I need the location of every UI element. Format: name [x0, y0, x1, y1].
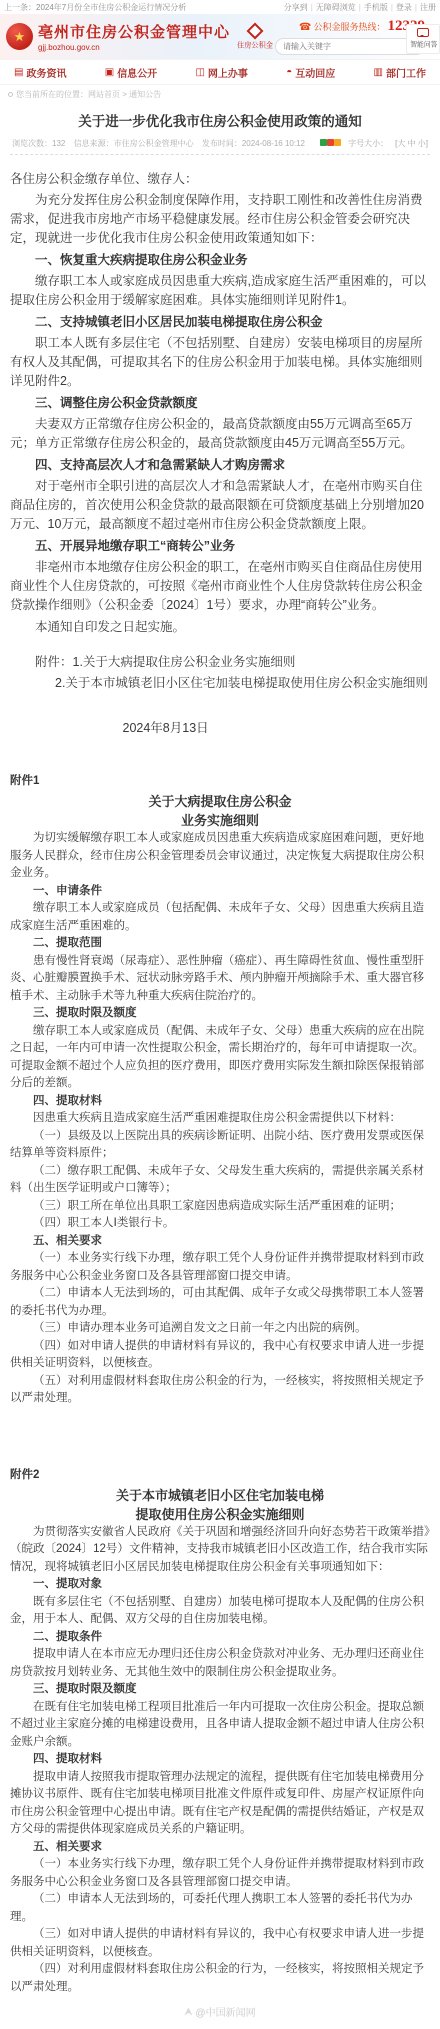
- paragraph: 一、提取对象: [10, 1576, 430, 1594]
- breadcrumb-text[interactable]: 您当前所在的位置：网站首页 > 通知公告: [16, 89, 161, 100]
- nav-item-label: 信息公开: [117, 65, 157, 80]
- header-right: ☎ 公积金服务热线： 12329: [275, 18, 425, 55]
- nav-item-label: 互动回应: [295, 65, 335, 80]
- nav-item-icon: ▤: [14, 67, 23, 78]
- paragraph: 为切实缓解缴存职工本人或家庭成员因患重大疾病造成家庭困难问题，更好地服务人民群众…: [10, 830, 430, 883]
- phone-icon: ☎: [299, 22, 311, 33]
- paragraph: 非亳州市本地缴存住房公积金的职工，在亳州市购买自住商品住房使用商业性个人住房贷款…: [10, 558, 430, 615]
- paragraph: 一、申请条件: [10, 883, 430, 901]
- topbar-link[interactable]: 手机版: [359, 3, 388, 12]
- nav-item-label: 政务资讯: [26, 65, 66, 80]
- page: 上一条：2024年7月份全市住房公积金运行情况分析 分享到无障碍浏览手机版登录注…: [0, 0, 440, 2019]
- search-input[interactable]: [283, 42, 403, 51]
- attachment-2-body: 为贯彻落实安徽省人民政府《关于巩固和增强经济回升向好态势若干政策举措》（皖政〔2…: [10, 1524, 430, 1997]
- news-ticker-link[interactable]: 上一条：2024年7月份全市住房公积金运行情况分析: [4, 2, 186, 13]
- info-source: 信息来源：市住房公积金管理中心: [74, 139, 194, 148]
- nav-item[interactable]: ◫ 网上办事: [195, 65, 247, 80]
- paragraph: 夫妻双方正常缴存住房公积金的，最高贷款额度由55万元调高至65万元；单方正常缴存…: [10, 415, 430, 453]
- attachment-2-title-line2: 提取使用住房公积金实施细则: [10, 1505, 430, 1524]
- paragraph: 五、相关要求: [10, 1233, 430, 1251]
- paragraph: 一、恢复重大疾病提取住房公积金业务: [10, 251, 430, 270]
- gongjijin-badge-label: 住房公积金: [237, 40, 273, 50]
- paragraph: 三、提取时限及额度: [10, 1681, 430, 1699]
- paragraph: （一）县级及以上医院出具的疾病诊断证明、出院小结、医疗费用发票或医保结算单等资料…: [10, 1128, 430, 1163]
- views-count: 浏览次数：132: [12, 139, 65, 148]
- attachment-2-title-line1: 关于本市城镇老旧小区住宅加装电梯: [10, 1486, 430, 1505]
- paragraph: （一）本业务实行线下办理，缴存职工凭个人身份证件并携带提取材料到市政务服务中心公…: [10, 1250, 430, 1285]
- paragraph: 缴存职工本人或家庭成员（包括配偶、未成年子女、父母）因患重大疾病且造成家庭生活严…: [10, 900, 430, 935]
- main-nav: ▤ 政务资讯 ▣ 信息公开 ◫ 网上办事 ◓ 互动回应 ▥ 部门工作: [0, 60, 440, 85]
- nav-item-icon: ▥: [374, 67, 383, 78]
- paragraph: 2024年8月13日: [10, 719, 430, 738]
- site-header: ★ 亳州市住房公积金管理中心 gjj.bozhou.gov.cn 住房公积金 ☎…: [0, 14, 440, 60]
- attachment-1-label: 附件1: [10, 772, 430, 788]
- paragraph: 五、开展异地缴存职工“商转公”业务: [10, 537, 430, 556]
- paragraph: 附件：1.关于大病提取住房公积金业务实施细则: [10, 653, 430, 672]
- paragraph: （四）如对申请人提供的申请材料有异议的，我中心有权要求申请人进一步提供相关证明资…: [10, 1338, 430, 1373]
- paragraph: 因患重大疾病且造成家庭生活严重困难提取住房公积金需提供以下材料：: [10, 1110, 430, 1128]
- attachment-1: 附件1 关于大病提取住房公积金 业务实施细则 为切实缓解缴存职工本人或家庭成员因…: [10, 772, 430, 1408]
- attachment-2: 附件2 关于本市城镇老旧小区住宅加装电梯 提取使用住房公积金实施细则 为贯彻落实…: [10, 1466, 430, 1997]
- article: 关于进一步优化我市住房公积金使用政策的通知 浏览次数：132 信息来源：市住房公…: [0, 113, 440, 2019]
- paragraph: 五、相关要求: [10, 1839, 430, 1857]
- topbar-links: 分享到无障碍浏览手机版登录注册: [281, 2, 436, 13]
- nav-item-icon: ▣: [105, 67, 114, 78]
- nav-item[interactable]: ◓ 互动回应: [286, 65, 335, 80]
- publish-time: 发布时间：2024-08-16 10:12: [202, 139, 305, 148]
- gongjijin-logo-icon: [247, 22, 264, 39]
- share-icon[interactable]: [327, 139, 334, 146]
- search-box[interactable]: [275, 38, 425, 55]
- paragraph: （二）申请本人无法到场的，可由其配偶、成年子女或父母携带职工本人签署的委托书代为…: [10, 1285, 430, 1320]
- smart-qa-button[interactable]: 智能问答: [406, 24, 440, 54]
- topbar: 上一条：2024年7月份全市住房公积金运行情况分析 分享到无障碍浏览手机版登录注…: [0, 0, 440, 14]
- paragraph: （二）缴存职工配偶、未成年子女、父母发生重大疾病的，需提供亲属关系材料（出生医学…: [10, 1163, 430, 1198]
- paragraph: （二）申请本人无法到场的，可委托代理人携职工本人签署的委托书代为办理。: [10, 1891, 430, 1926]
- watermark: @中国新闻网: [10, 2004, 430, 2019]
- paragraph: 三、提取时限及额度: [10, 1005, 430, 1023]
- article-meta-right: 字号大小： [大 中 小]: [320, 138, 428, 149]
- paragraph: 二、支持城镇老旧小区居民加装电梯提取住房公积金: [10, 313, 430, 332]
- paragraph: 既有多层住宅（不包括别墅、自建房）加装电梯可提取本人及配偶的住房公积金，用于本人…: [10, 1594, 430, 1629]
- paragraph: 各住房公积金缴存单位、缴存人：: [10, 170, 430, 189]
- share-icon[interactable]: [320, 139, 327, 146]
- nav-item[interactable]: ▣ 信息公开: [105, 65, 157, 80]
- paragraph: （四）对利用虚假材料套取住房公积金的行为，一经核实，将按照相关规定予以严肃处理。: [10, 1961, 430, 1996]
- watermark-text: @中国新闻网: [195, 2004, 255, 2019]
- paragraph: 职工本人既有多层住宅（不包括别墅、自建房）安装电梯项目的房屋所有权人及其配偶，可…: [10, 334, 430, 391]
- chat-bubble-icon: [417, 28, 429, 37]
- paragraph: 为充分发挥住房公积金制度保障作用，支持职工刚性和改善性住房消费需求，促进我市房地…: [10, 191, 430, 248]
- nav-item-label: 部门工作: [386, 65, 426, 80]
- notice-body: 各住房公积金缴存单位、缴存人：为充分发挥住房公积金制度保障作用，支持职工刚性和改…: [10, 155, 430, 738]
- paragraph: 提取申请人在本市应无办理归还住房公积金贷款对冲业务、无办理归还商业住房贷款按月划…: [10, 1646, 430, 1681]
- hotline-label: 公积金服务热线：: [314, 20, 386, 33]
- chinanews-logo-icon: [184, 2008, 192, 2016]
- fontsize-label: 字号大小：: [348, 138, 388, 149]
- page-title: 关于进一步优化我市住房公积金使用政策的通知: [30, 113, 410, 131]
- paragraph: 在既有住宅加装电梯工程项目批准后一年内可提取一次住房公积金。提取总额不超过业主家…: [10, 1699, 430, 1752]
- share-icon[interactable]: [334, 139, 341, 146]
- attachment-1-title-line1: 关于大病提取住房公积金: [10, 792, 430, 811]
- site-identity[interactable]: 亳州市住房公积金管理中心 gjj.bozhou.gov.cn: [38, 21, 230, 52]
- paragraph: （三）如对申请人提供的申请材料有异议的，我中心有权要求申请人进一步提供相关证明资…: [10, 1926, 430, 1961]
- nav-item-label: 网上办事: [208, 65, 248, 80]
- attachment-1-body: 为切实缓解缴存职工本人或家庭成员因患重大疾病造成家庭困难问题，更好地服务人民群众…: [10, 830, 430, 1408]
- site-url: gjj.bozhou.gov.cn: [38, 43, 230, 52]
- fontsize-controls[interactable]: [大 中 小]: [395, 138, 428, 149]
- paragraph: 2.关于本市城镇老旧小区住宅加装电梯提取使用住房公积金实施细则: [10, 674, 430, 693]
- paragraph: 缴存职工本人或家庭成员因患重大疾病,造成家庭生活严重困难的，可以提取住房公积金用…: [10, 272, 430, 310]
- paragraph: 对于亳州市全职引进的高层次人才和急需紧缺人才，在亳州市购买自住商品住房的，首次使…: [10, 477, 430, 534]
- topbar-link[interactable]: 无障碍浏览: [311, 3, 356, 12]
- article-meta: 浏览次数：132 信息来源：市住房公积金管理中心 发布时间：2024-08-16…: [10, 138, 430, 155]
- attachment-2-label: 附件2: [10, 1466, 430, 1482]
- article-meta-left: 浏览次数：132 信息来源：市住房公积金管理中心 发布时间：2024-08-16…: [12, 138, 311, 149]
- paragraph: （一）本业务实行线下办理，缴存职工凭个人身份证件并携带提取材料到市政务服务中心公…: [10, 1856, 430, 1891]
- paragraph: 四、支持高层次人才和急需紧缺人才购房需求: [10, 456, 430, 475]
- paragraph: （四）职工本人Ⅰ类银行卡。: [10, 1215, 430, 1233]
- paragraph: （五）对利用虚假材料套取住房公积金的行为，一经核实，将按照相关规定予以严肃处理。: [10, 1373, 430, 1408]
- smart-qa-label: 智能问答: [410, 40, 436, 49]
- paragraph: 四、提取材料: [10, 1751, 430, 1769]
- paragraph: 为贯彻落实安徽省人民政府《关于巩固和增强经济回升向好态势若干政策举措》（皖政〔2…: [10, 1524, 430, 1577]
- nav-item-icon: ◫: [195, 67, 204, 78]
- topbar-link[interactable]: 分享到: [284, 3, 308, 12]
- paragraph: （三）职工所在单位出具职工家庭因患病造成实际生活严重困难的证明；: [10, 1198, 430, 1216]
- paragraph: 二、提取条件: [10, 1629, 430, 1647]
- share-icons: [320, 139, 341, 148]
- paragraph: 缴存职工本人或家庭成员（配偶、未成年子女、父母）患重大疾病的应在出院之日起，一年…: [10, 1023, 430, 1093]
- paragraph: 本通知自印发之日起实施。: [10, 618, 430, 637]
- paragraph: 提取申请人按照我市提取管理办法规定的流程，提供既有住宅加装电梯费用分摊协议书原件…: [10, 1769, 430, 1839]
- gongjijin-badge: 住房公积金: [235, 23, 275, 51]
- paragraph: 四、提取材料: [10, 1093, 430, 1111]
- nav-item[interactable]: ▤ 政务资讯: [14, 65, 66, 80]
- site-title: 亳州市住房公积金管理中心: [38, 21, 230, 42]
- topbar-link[interactable]: 注册: [415, 3, 436, 12]
- attachment-1-title-line2: 业务实施细则: [10, 811, 430, 830]
- national-emblem-icon: ★: [6, 23, 33, 50]
- topbar-link[interactable]: 登录: [391, 3, 412, 12]
- paragraph: 患有慢性肾衰竭（尿毒症）、恶性肿瘤（癌症）、再生障碍性贫血、慢性重型肝炎、心脏瓣…: [10, 953, 430, 1006]
- nav-item-icon: ◓: [286, 67, 292, 78]
- paragraph: （三）申请办理本业务可追溯自发文之日前一年之内出院的病例。: [10, 1320, 430, 1338]
- location-pin-icon: [8, 92, 13, 97]
- paragraph: 三、调整住房公积金贷款额度: [10, 394, 430, 413]
- breadcrumb: 您当前所在的位置：网站首页 > 通知公告: [0, 85, 440, 103]
- paragraph: 二、提取范围: [10, 935, 430, 953]
- nav-item[interactable]: ▥ 部门工作: [374, 65, 426, 80]
